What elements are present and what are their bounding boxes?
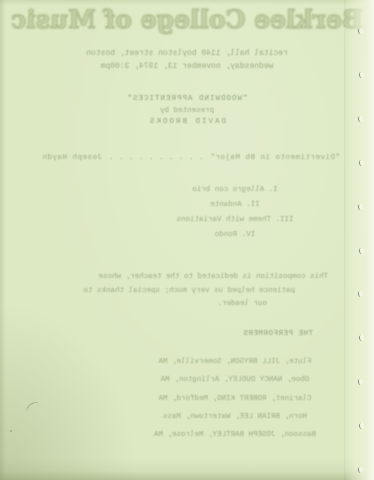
binding-hole: [359, 159, 365, 166]
paper-speck: [10, 430, 12, 432]
dot-leader: . . . . . . . . . .: [106, 154, 206, 162]
movement-item: I. Allegro con brio: [176, 183, 293, 198]
venue-line: recital hall, 1140 boylston street, bost…: [86, 49, 288, 58]
dedication-line: This composition is dedicated to the tea…: [0, 271, 328, 285]
dedication-paragraph: This composition is dedicated to the tea…: [0, 271, 374, 312]
letterhead-title: Berklee College of Music: [11, 5, 363, 34]
scanned-program-page: Berklee College of Music recital hall, 1…: [0, 0, 374, 480]
performers-heading: THE PERFORMERS: [243, 330, 313, 338]
presented-by-label: presented by: [160, 107, 214, 115]
program-title: "WOODWIND APPRENTICES": [126, 95, 247, 103]
performer-item: Oboe, NANCY DUDLEY, Arlington, MA: [154, 371, 316, 389]
composer-name: Joseph Haydn: [42, 154, 102, 162]
showthrough-text-layer: Berklee College of Music recital hall, 1…: [0, 0, 374, 480]
movements-list: I. Allegro con brio II. Andante III. The…: [176, 183, 293, 243]
movement-item: II. Andante: [176, 198, 293, 213]
piece-row: "Divertimento in Bb Major" . . . . . . .…: [42, 154, 340, 162]
date-line: wednesday, november 13, 1974, 3:00pm: [101, 62, 274, 71]
performer-item: Flute, JILL BRYSON, Somerville, MA: [154, 353, 316, 371]
director-name: DAVID BROOKS: [148, 118, 226, 126]
performer-item: Clarinet, ROBERT KING, Medford, MA: [154, 390, 316, 408]
dedication-line: our leader.: [0, 298, 267, 312]
piece-title: "Divertimento in Bb Major": [210, 154, 340, 162]
movement-item: III. Theme with Variations: [176, 213, 293, 228]
performers-list: Flute, JILL BRYSON, Somerville, MA Oboe,…: [154, 353, 316, 444]
dedication-line: patience helped us very much; special th…: [0, 285, 295, 299]
performer-item: Bassoon, JOSEPH BARTLEY, Melrose, MA: [154, 426, 316, 444]
movement-item: IV. Rondo: [176, 228, 293, 243]
binding-hole: [358, 203, 364, 210]
performer-item: Horn, BRIAN LEE, Watertown, Mass: [154, 408, 316, 426]
